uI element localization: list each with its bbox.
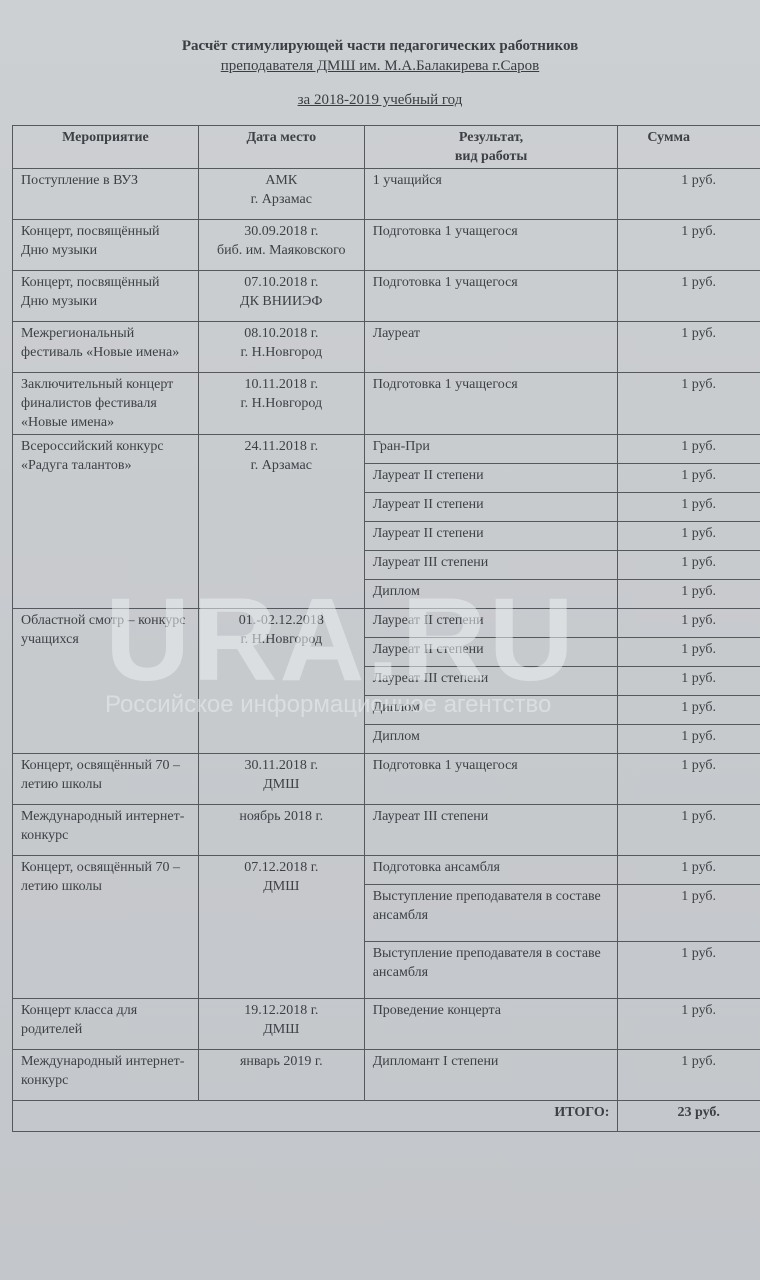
event-date: 10.11.2018 г. bbox=[207, 375, 356, 394]
stimulus-table: Мероприятие Дата место Результат, вид ра… bbox=[12, 125, 760, 1132]
sum-cell: 1 руб. bbox=[618, 1050, 760, 1101]
table-row: Концерт, освящённый 70 –летию школы30.11… bbox=[13, 754, 760, 805]
total-value: 23 руб. bbox=[618, 1101, 760, 1132]
result-cell: Лауреат III степени bbox=[364, 805, 618, 856]
result-cell: Подготовка ансамбля bbox=[364, 856, 618, 885]
event-cell: Международный интернет- конкурс bbox=[13, 805, 199, 856]
result-cell: Проведение концерта bbox=[364, 999, 618, 1050]
event-place: ДМШ bbox=[207, 775, 356, 794]
table-row: Межрегиональный фестиваль «Новые имена»0… bbox=[13, 322, 760, 373]
event-cell: Концерт, посвящённый Дню музыки bbox=[13, 271, 199, 322]
result-cell: Подготовка 1 учащегося bbox=[364, 220, 618, 271]
sum-cell: 1 руб. bbox=[618, 696, 760, 725]
event-date: 24.11.2018 г. bbox=[207, 437, 356, 456]
sum-cell: 1 руб. bbox=[618, 725, 760, 754]
result-cell: Подготовка 1 учащегося bbox=[364, 271, 618, 322]
event-date: 07.12.2018 г. bbox=[207, 858, 356, 877]
event-date: 19.12.2018 г. bbox=[207, 1001, 356, 1020]
sum-cell: 1 руб. bbox=[618, 638, 760, 667]
table-body: Поступление в ВУЗАМКг. Арзамас1 учащийся… bbox=[13, 169, 760, 1101]
column-header-result: Результат, вид работы bbox=[364, 126, 618, 169]
table-row: Концерт, освящённый 70 –летию школы07.12… bbox=[13, 856, 760, 885]
result-cell: Лауреат II степени bbox=[364, 638, 618, 667]
event-date: 08.10.2018 г. bbox=[207, 324, 356, 343]
event-place: ДМШ bbox=[207, 877, 356, 896]
event-cell: Поступление в ВУЗ bbox=[13, 169, 199, 220]
column-header-result-line1: Результат, bbox=[459, 130, 523, 145]
date-place-cell: 30.11.2018 г.ДМШ bbox=[198, 754, 364, 805]
result-cell: Гран-При bbox=[364, 435, 618, 464]
date-place-cell: 24.11.2018 г.г. Арзамас bbox=[198, 435, 364, 609]
sum-cell: 1 руб. bbox=[618, 271, 760, 322]
date-place-cell: 01.-02.12.2018г. Н.Новгород bbox=[198, 609, 364, 754]
result-cell: Лауреат II степени bbox=[364, 522, 618, 551]
result-cell: Лауреат III степени bbox=[364, 667, 618, 696]
sum-cell: 1 руб. bbox=[618, 885, 760, 942]
event-cell: Заключительный концерт финалистов фестив… bbox=[13, 373, 199, 435]
event-place: г. Н.Новгород bbox=[207, 343, 356, 362]
sum-cell: 1 руб. bbox=[618, 580, 760, 609]
document-page: Расчёт стимулирующей части педагогически… bbox=[0, 0, 760, 1280]
result-cell: Диплом bbox=[364, 580, 618, 609]
sum-cell: 1 руб. bbox=[618, 856, 760, 885]
event-date: 30.11.2018 г. bbox=[207, 756, 356, 775]
sum-cell: 1 руб. bbox=[618, 493, 760, 522]
column-header-result-line2: вид работы bbox=[455, 149, 527, 164]
event-cell: Межрегиональный фестиваль «Новые имена» bbox=[13, 322, 199, 373]
column-header-event: Мероприятие bbox=[13, 126, 199, 169]
event-date: 07.10.2018 г. bbox=[207, 273, 356, 292]
table-row: Международный интернет- конкурсноябрь 20… bbox=[13, 805, 760, 856]
sum-cell: 1 руб. bbox=[618, 999, 760, 1050]
event-cell: Областной смотр – конкурс учащихся bbox=[13, 609, 199, 754]
document-header: Расчёт стимулирующей части педагогически… bbox=[0, 36, 760, 110]
result-cell: Лауреат II степени bbox=[364, 493, 618, 522]
sum-cell: 1 руб. bbox=[618, 322, 760, 373]
table-row: Поступление в ВУЗАМКг. Арзамас1 учащийся… bbox=[13, 169, 760, 220]
result-cell: Диплом bbox=[364, 696, 618, 725]
table-header-row: Мероприятие Дата место Результат, вид ра… bbox=[13, 126, 760, 169]
result-cell: Диплом bbox=[364, 725, 618, 754]
table-row: Концерт класса для родителей19.12.2018 г… bbox=[13, 999, 760, 1050]
event-date: АМК bbox=[207, 171, 356, 190]
result-cell: 1 учащийся bbox=[364, 169, 618, 220]
date-place-cell: 08.10.2018 г.г. Н.Новгород bbox=[198, 322, 364, 373]
table-row: Заключительный концерт финалистов фестив… bbox=[13, 373, 760, 435]
sum-cell: 1 руб. bbox=[618, 667, 760, 696]
event-place: г. Н.Новгород bbox=[207, 630, 356, 649]
result-cell: Лауреат III степени bbox=[364, 551, 618, 580]
result-cell: Выступление преподавателя в составе анса… bbox=[364, 942, 618, 999]
event-place: ДМШ bbox=[207, 1020, 356, 1039]
total-row: ИТОГО: 23 руб. bbox=[13, 1101, 760, 1132]
event-place: г. Арзамас bbox=[207, 456, 356, 475]
event-place: г. Арзамас bbox=[207, 190, 356, 209]
event-cell: Международный интернет- конкурс bbox=[13, 1050, 199, 1101]
date-place-cell: 19.12.2018 г.ДМШ bbox=[198, 999, 364, 1050]
result-cell: Выступление преподавателя в составе анса… bbox=[364, 885, 618, 942]
sum-cell: 1 руб. bbox=[618, 942, 760, 999]
sum-cell: 1 руб. bbox=[618, 754, 760, 805]
result-cell: Лауреат II степени bbox=[364, 464, 618, 493]
event-place: ДК ВНИИЭФ bbox=[207, 292, 356, 311]
sum-cell: 1 руб. bbox=[618, 464, 760, 493]
sum-cell: 1 руб. bbox=[618, 609, 760, 638]
event-date: 01.-02.12.2018 bbox=[207, 611, 356, 630]
sum-cell: 1 руб. bbox=[618, 169, 760, 220]
event-cell: Концерт, освящённый 70 –летию школы bbox=[13, 754, 199, 805]
table-row: Концерт, посвящённый Дню музыки30.09.201… bbox=[13, 220, 760, 271]
document-title: Расчёт стимулирующей части педагогически… bbox=[0, 36, 760, 56]
result-cell: Лауреат bbox=[364, 322, 618, 373]
sum-cell: 1 руб. bbox=[618, 220, 760, 271]
event-cell: Концерт класса для родителей bbox=[13, 999, 199, 1050]
result-cell: Подготовка 1 учащегося bbox=[364, 754, 618, 805]
sum-cell: 1 руб. bbox=[618, 373, 760, 435]
column-header-date-place: Дата место bbox=[198, 126, 364, 169]
date-place-cell: 07.10.2018 г.ДК ВНИИЭФ bbox=[198, 271, 364, 322]
sum-cell: 1 руб. bbox=[618, 551, 760, 580]
event-place: г. Н.Новгород bbox=[207, 394, 356, 413]
date-place-cell: АМКг. Арзамас bbox=[198, 169, 364, 220]
sum-cell: 1 руб. bbox=[618, 522, 760, 551]
table-row: Международный интернет- конкурсянварь 20… bbox=[13, 1050, 760, 1101]
event-place: биб. им. Маяковского bbox=[207, 241, 356, 260]
date-place-cell: январь 2019 г. bbox=[198, 1050, 364, 1101]
event-date: 30.09.2018 г. bbox=[207, 222, 356, 241]
date-place-cell: 07.12.2018 г.ДМШ bbox=[198, 856, 364, 999]
sum-cell: 1 руб. bbox=[618, 435, 760, 464]
date-place-cell: 10.11.2018 г.г. Н.Новгород bbox=[198, 373, 364, 435]
result-cell: Дипломант I степени bbox=[364, 1050, 618, 1101]
sum-cell: 1 руб. bbox=[618, 805, 760, 856]
table-row: Областной смотр – конкурс учащихся01.-02… bbox=[13, 609, 760, 638]
date-place-cell: 30.09.2018 г.биб. им. Маяковского bbox=[198, 220, 364, 271]
table-row: Концерт, посвящённый Дню музыки07.10.201… bbox=[13, 271, 760, 322]
event-date: ноябрь 2018 г. bbox=[207, 807, 356, 826]
date-place-cell: ноябрь 2018 г. bbox=[198, 805, 364, 856]
document-subtitle: преподавателя ДМШ им. М.А.Балакирева г.С… bbox=[0, 56, 760, 76]
document-period: за 2018-2019 учебный год bbox=[0, 90, 760, 110]
event-date: январь 2019 г. bbox=[207, 1052, 356, 1071]
event-cell: Концерт, освящённый 70 –летию школы bbox=[13, 856, 199, 999]
event-cell: Концерт, посвящённый Дню музыки bbox=[13, 220, 199, 271]
result-cell: Лауреат II степени bbox=[364, 609, 618, 638]
table-row: Всероссийский конкурс «Радуга талантов»2… bbox=[13, 435, 760, 464]
total-label: ИТОГО: bbox=[13, 1101, 618, 1132]
event-cell: Всероссийский конкурс «Радуга талантов» bbox=[13, 435, 199, 609]
column-header-sum: Сумма bbox=[618, 126, 760, 169]
result-cell: Подготовка 1 учащегося bbox=[364, 373, 618, 435]
